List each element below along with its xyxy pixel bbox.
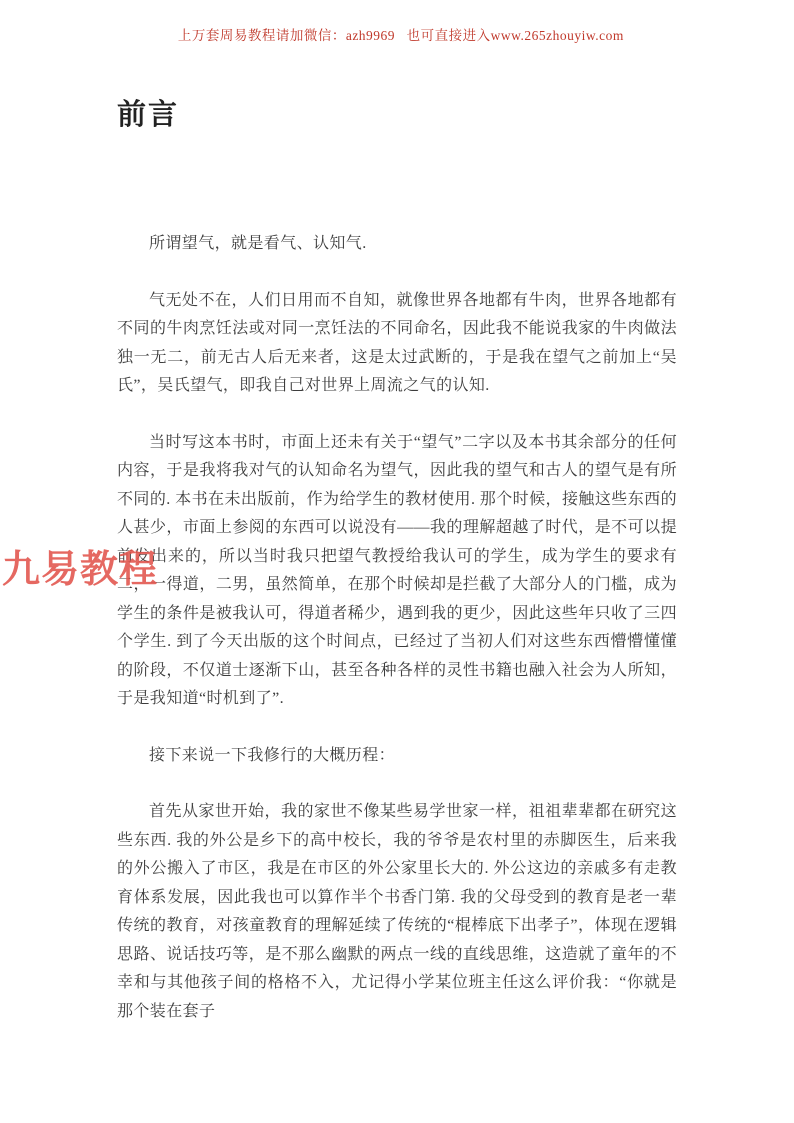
paragraph: 接下来说一下我修行的大概历程： (117, 742, 677, 771)
paragraph: 气无处不在，人们日用而不自知，就像世界各地都有牛肉，世界各地都有不同的牛肉烹饪法… (117, 287, 677, 401)
page-title: 前言 (117, 96, 677, 134)
document-page: 前言 所谓望气，就是看气、认知气. 气无处不在，人们日用而不自知，就像世界各地都… (117, 96, 677, 1054)
paragraph: 所谓望气，就是看气、认知气. (117, 230, 677, 259)
watermark-text: 九易教程 (2, 538, 158, 593)
promo-header-text: 上万套周易教程请加微信：azh9969 也可直接进入www.265zhouyiw… (178, 28, 624, 43)
promo-header: 上万套周易教程请加微信：azh9969 也可直接进入www.265zhouyiw… (0, 8, 794, 44)
paragraph: 首先从家世开始，我的家世不像某些易学世家一样，祖祖辈辈都在研究这些东西. 我的外… (117, 798, 677, 1026)
paragraph: 当时写这本书时，市面上还未有关于“望气”二字以及本书其余部分的任何内容，于是我将… (117, 429, 677, 714)
